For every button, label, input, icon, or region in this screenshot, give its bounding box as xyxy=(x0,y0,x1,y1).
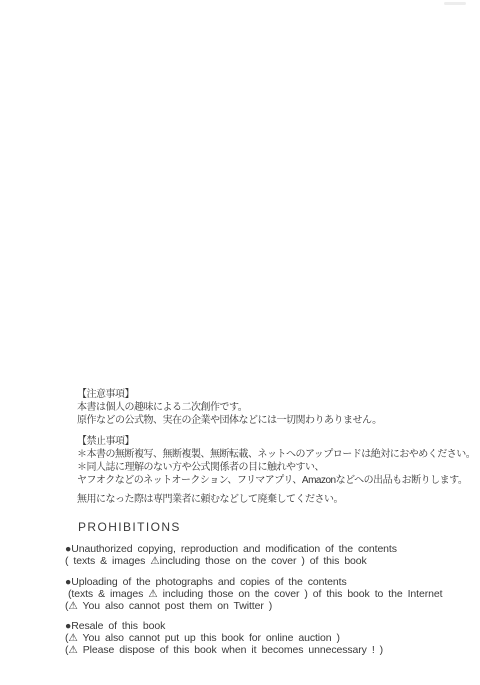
notice-line-1: 本書は個人の趣味による二次創作です。 xyxy=(77,401,480,414)
prohibition-jp-line-2: ＊同人誌に理解のない方や公式関係者の目に触れやすい、 xyxy=(77,461,480,474)
notice-line-2: 原作などの公式物、実在の企業や団体などには一切関わりありません。 xyxy=(77,414,480,427)
prohibition-en-item-3: ●Resale of this book (⚠ You also cannot … xyxy=(65,620,480,656)
prohibitions-en-heading: PROHIBITIONS xyxy=(78,521,480,534)
prohibition-en-item-2: ●Uploading of the photographs and copies… xyxy=(65,576,480,612)
prohibition-en-item-2-line-1: ●Uploading of the photographs and copies… xyxy=(65,576,480,588)
prohibition-en-item-3-line-1: ●Resale of this book xyxy=(65,620,480,632)
prohibition-en-item-3-line-3: (⚠ Please dispose of this book when it b… xyxy=(65,644,480,656)
prohibition-en-item-1-line-1: ●Unauthorized copying, reproduction and … xyxy=(65,543,480,555)
disclaimer-text-block: 【注意事項】 本書は個人の趣味による二次創作です。 原作などの公式物、実在の企業… xyxy=(0,388,480,656)
prohibition-en-item-3-line-2: (⚠ You also cannot put up this book for … xyxy=(65,632,480,644)
notice-heading: 【注意事項】 xyxy=(77,388,480,401)
prohibition-jp-section: 【禁止事項】 ＊本書の無断複写、無断複製、無断転載、ネットへのアップロードは絶対… xyxy=(77,435,480,487)
prohibition-jp-heading: 【禁止事項】 xyxy=(77,435,480,448)
prohibition-en-item-1: ●Unauthorized copying, reproduction and … xyxy=(65,543,480,567)
scan-artifact xyxy=(444,2,466,5)
disposal-note-line: 無用になった際は専門業者に頼むなどして廃棄してください。 xyxy=(77,493,480,506)
disposal-note: 無用になった際は専門業者に頼むなどして廃棄してください。 xyxy=(77,493,480,506)
notice-section: 【注意事項】 本書は個人の趣味による二次創作です。 原作などの公式物、実在の企業… xyxy=(77,388,480,427)
document-page: 【注意事項】 本書は個人の趣味による二次創作です。 原作などの公式物、実在の企業… xyxy=(0,0,480,685)
prohibition-en-item-2-line-2: (texts & images ⚠ including those on the… xyxy=(65,588,480,600)
prohibition-en-item-1-line-2: ( texts & images ⚠including those on the… xyxy=(65,555,480,567)
prohibition-jp-line-3: ヤフオクなどのネットオークション、フリマアプリ、Amazonなどへの出品もお断り… xyxy=(77,474,480,487)
prohibition-jp-line-1: ＊本書の無断複写、無断複製、無断転載、ネットへのアップロードは絶対におやめくださ… xyxy=(77,448,480,461)
prohibition-en-item-2-line-3: (⚠ You also cannot post them on Twitter … xyxy=(65,600,480,612)
